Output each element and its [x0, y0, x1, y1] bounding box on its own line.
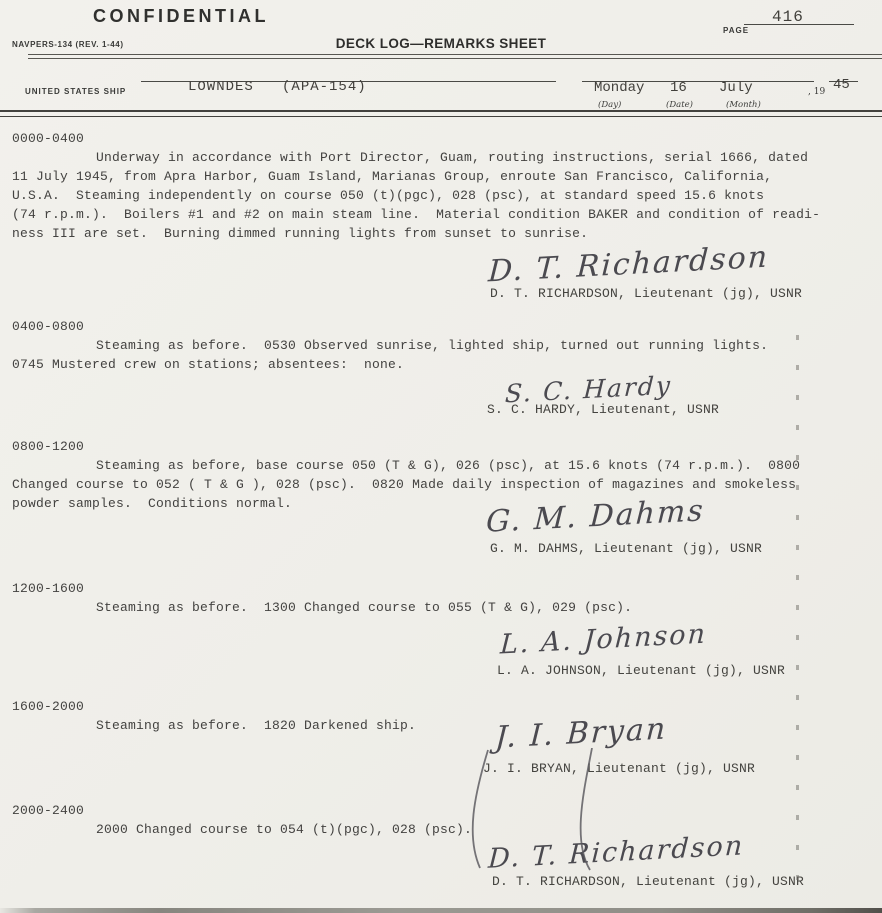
- day-caption: (Day): [598, 100, 621, 110]
- signature-script: L. A. Johnson: [499, 619, 707, 661]
- log-entry-0800-1200: 0800-1200 Steaming as before, base cours…: [12, 437, 874, 513]
- entry-time: 0000-0400: [12, 129, 874, 148]
- signature-script: D. T. Richardson: [487, 240, 770, 290]
- scan-edge-band: [0, 908, 882, 913]
- year-value: 45: [833, 77, 850, 93]
- form-title: DECK LOG—REMARKS SHEET: [0, 36, 882, 51]
- ship-name: LOWNDES (APA-154): [188, 79, 367, 95]
- entry-line: 0745 Mustered crew on stations; absentee…: [12, 355, 874, 374]
- entry-line: powder samples. Conditions normal.: [12, 494, 874, 513]
- entry-line: (74 r.p.m.). Boilers #1 and #2 on main s…: [12, 205, 874, 224]
- entry-time: 1600-2000: [12, 697, 874, 716]
- log-entry-0000-0400: 0000-0400 Underway in accordance with Po…: [12, 129, 874, 243]
- ship-label: UNITED STATES SHIP: [25, 87, 126, 96]
- date-value: 16: [670, 80, 687, 96]
- entry-time: 0800-1200: [12, 437, 874, 456]
- entry-line: Steaming as before, base course 050 (T &…: [12, 456, 874, 475]
- heavy-double-rule: [0, 110, 882, 117]
- date-caption: (Date): [666, 100, 693, 110]
- entry-line: U.S.A. Steaming independently on course …: [12, 186, 874, 205]
- year-prefix: , 19: [808, 87, 825, 97]
- entry-line: Steaming as before. 1820 Darkened ship.: [12, 716, 874, 735]
- day-value: Monday: [594, 80, 644, 96]
- perforation-dots: [796, 335, 799, 903]
- entry-line: Changed course to 052 ( T & G ), 028 (ps…: [12, 475, 874, 494]
- entry-line: Steaming as before. 1300 Changed course …: [12, 598, 874, 617]
- entry-line: 11 July 1945, from Apra Harbor, Guam Isl…: [12, 167, 874, 186]
- log-entry-0400-0800: 0400-0800 Steaming as before. 0530 Obser…: [12, 317, 874, 374]
- classification-stamp: CONFIDENTIAL: [93, 6, 269, 27]
- header-double-rule: [28, 54, 882, 59]
- signature-typed: D. T. RICHARDSON, Lieutenant (jg), USNR: [490, 286, 802, 301]
- page-number: 416: [772, 8, 804, 26]
- signature-typed: S. C. HARDY, Lieutenant, USNR: [487, 402, 719, 417]
- signature-typed: G. M. DAHMS, Lieutenant (jg), USNR: [490, 541, 762, 556]
- log-entry-1600-2000: 1600-2000 Steaming as before. 1820 Darke…: [12, 697, 874, 735]
- signature-flourish: [440, 748, 660, 873]
- deck-log-page: CONFIDENTIAL PAGE 416 NAVPERS-134 (REV. …: [0, 0, 882, 913]
- signature-typed: L. A. JOHNSON, Lieutenant (jg), USNR: [497, 663, 785, 678]
- entry-time: 1200-1600: [12, 579, 874, 598]
- month-caption: (Month): [726, 100, 761, 110]
- signature-typed: D. T. RICHARDSON, Lieutenant (jg), USNR: [492, 874, 804, 889]
- entry-line: Underway in accordance with Port Directo…: [12, 148, 874, 167]
- log-entry-1200-1600: 1200-1600 Steaming as before. 1300 Chang…: [12, 579, 874, 617]
- entry-time: 0400-0800: [12, 317, 874, 336]
- entry-line: Steaming as before. 0530 Observed sunris…: [12, 336, 874, 355]
- month-value: July: [719, 80, 753, 96]
- page-label: PAGE: [723, 26, 749, 35]
